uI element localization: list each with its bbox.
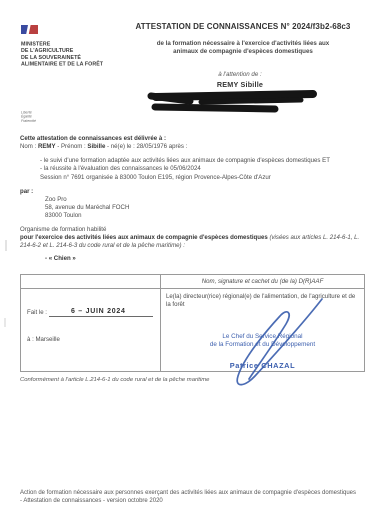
identity-prenom-label: - Prénom :: [56, 143, 88, 150]
redaction-scribble: [146, 89, 320, 115]
bullet-item: Session n° 7691 organisée à 83000 Toulon…: [40, 174, 370, 182]
attention-label: à l'attention de :: [140, 71, 340, 78]
identity-first-name: Sibille: [87, 143, 105, 150]
identity-last-name: REMY: [38, 143, 56, 150]
signature-stroke: [182, 293, 362, 390]
document-subtitle: de la formation nécessaire à l'exercice …: [118, 40, 368, 56]
delivered-section: Cette attestation de connaissances est d…: [20, 135, 365, 151]
footer-note: Action de formation nécessaire aux perso…: [20, 490, 368, 505]
fait-le-line: Fait le : 6 – JUIN 2024: [27, 307, 153, 317]
subtitle-line: animaux de compagnie d'espèces domestiqu…: [118, 48, 368, 56]
table-header-row: Nom, signature et cachet du (de la) D(R)…: [21, 275, 364, 289]
provider-address: Zoo Pro 58, avenue du Maréchal FOCH 8300…: [45, 196, 129, 220]
provider-street: 58, avenue du Maréchal FOCH: [45, 204, 129, 212]
species-line: - « Chien »: [45, 255, 76, 263]
place-line: à : Marseille: [27, 336, 60, 344]
recipient-block: à l'attention de : REMY Sibille: [140, 71, 340, 89]
habilite-intro: Organisme de formation habilité: [20, 226, 364, 234]
date-underline: 6 – JUIN 2024: [49, 307, 153, 317]
par-label: par :: [20, 188, 33, 196]
footer-line: - Attestation de connaissances - version…: [20, 498, 368, 506]
subtitle-line: de la formation nécessaire à l'exercice …: [118, 40, 368, 48]
habilite-bold: pour l'exercice des activités liées aux …: [20, 234, 268, 241]
bullet-item: - la réussite à l'évaluation des connais…: [40, 165, 370, 173]
footer-line: Action de formation nécessaire aux perso…: [20, 490, 368, 498]
motto-line: Fraternité: [21, 119, 81, 123]
identity-birth: - né(e) le : 28/05/1976 après :: [105, 143, 187, 150]
attestation-document: MINISTÈRE DE L'AGRICULTURE DE LA SOUVERA…: [0, 0, 375, 514]
identity-nom-label: Nom :: [20, 143, 38, 150]
document-title: ATTESTATION DE CONNAISSANCES N° 2024/f3b…: [118, 22, 368, 31]
provider-name: Zoo Pro: [45, 196, 129, 204]
title-block: ATTESTATION DE CONNAISSANCES N° 2024/f3b…: [118, 22, 368, 56]
identity-line: Nom : REMY - Prénom : Sibille - né(e) le…: [20, 143, 365, 151]
french-flag-icon: [21, 25, 38, 34]
recipient-name: REMY Sibille: [140, 80, 340, 89]
table-header-right-cell: Nom, signature et cachet du (de la) D(R)…: [161, 275, 364, 288]
ministry-name: MINISTÈRE DE L'AGRICULTURE DE LA SOUVERA…: [21, 41, 100, 67]
fait-le-label: Fait le :: [27, 309, 47, 316]
conformement-note: Conformément à l'article L.214-6-1 du co…: [20, 377, 209, 383]
organisme-paragraph: Organisme de formation habilité pour l'e…: [20, 226, 364, 250]
ministry-name-line: ALIMENTAIRE ET DE LA FORÊT: [21, 61, 100, 68]
date-stamp: 6 – JUIN 2024: [71, 307, 126, 315]
provider-city: 83000 Toulon: [45, 212, 129, 220]
training-bullets: - le suivi d'une formation adaptée aux a…: [40, 157, 370, 182]
scan-artifact: [4, 318, 6, 327]
table-header-left-cell: [21, 275, 161, 288]
delivered-heading: Cette attestation de connaissances est d…: [20, 135, 365, 143]
scan-artifact: [5, 240, 7, 251]
ministry-name-line: DE LA SOUVERAINETÉ: [21, 54, 100, 61]
bullet-item: - le suivi d'une formation adaptée aux a…: [40, 157, 370, 165]
date-place-cell: Fait le : 6 – JUIN 2024 à : Marseille: [21, 289, 161, 371]
ministry-motto: Liberté Égalité Fraternité: [21, 111, 81, 124]
